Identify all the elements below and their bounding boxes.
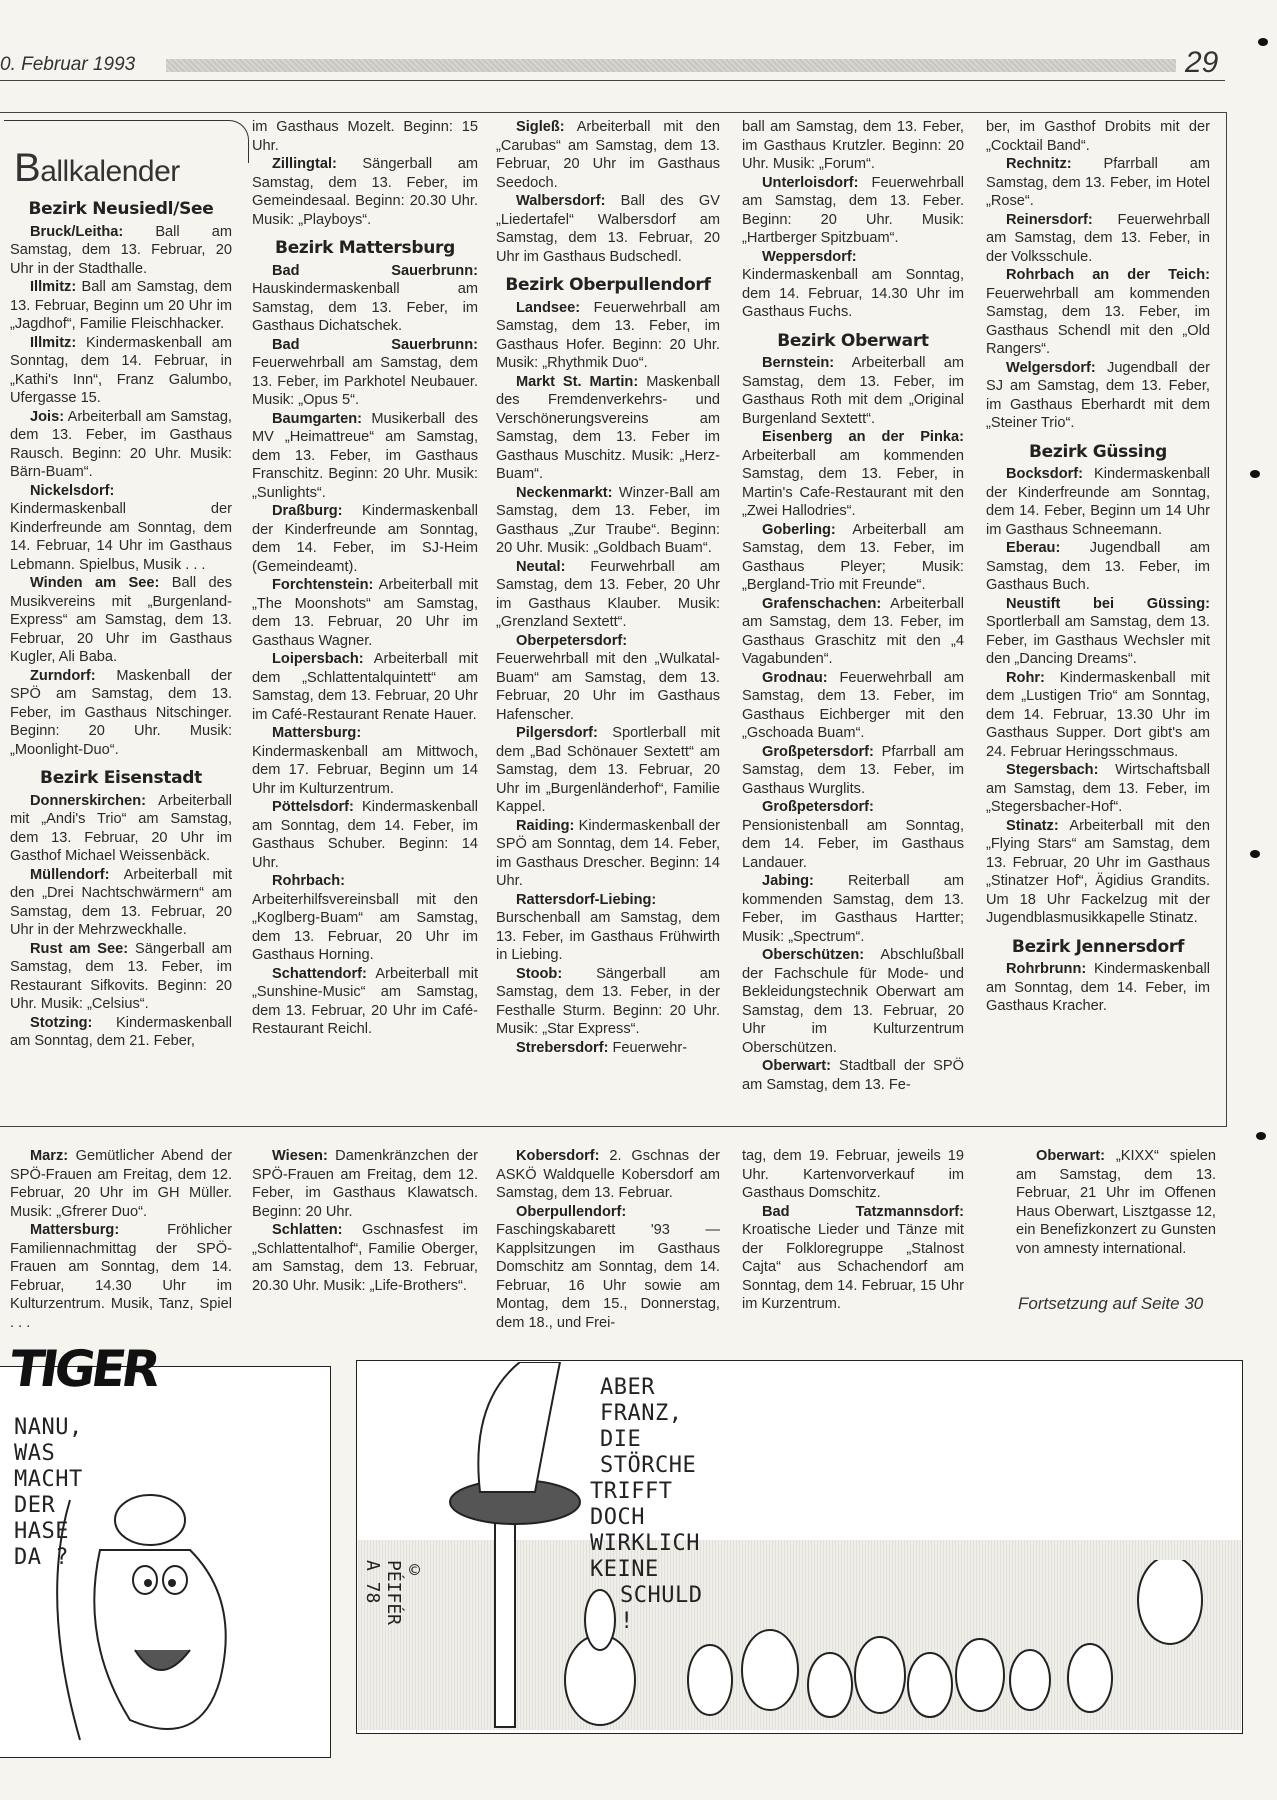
event-entry: Mattersburg: Kindermaskenball am Mittwoc… [252, 724, 478, 798]
event-entry: Nickelsdorf: Kindermaskenball der Kinder… [10, 482, 232, 575]
event-place: Mattersburg: [272, 725, 361, 741]
district-heading: Bezirk Oberpullendorf [496, 276, 720, 295]
event-place: Eisenberg an der Pinka: [762, 429, 964, 445]
event-place: Raiding: [516, 818, 574, 834]
column-2: im Gasthaus Mozelt. Beginn: 15 Uhr.Zilli… [252, 118, 478, 1039]
event-place: Rattersdorf-Liebing: [516, 892, 656, 908]
event-place: Schattendorf: [272, 966, 367, 982]
event-entry: Walbersdorf: Ball des GV „Liedertafel“ W… [496, 192, 720, 266]
event-entry: Landsee: Feuerwehrball am Samstag, dem 1… [496, 299, 720, 373]
event-place: Landsee: [516, 300, 580, 316]
event-entry: Goberling: Arbeiterball am Samstag, dem … [742, 521, 964, 595]
event-entry: Winden am See: Ball des Musikvereins mit… [10, 574, 232, 667]
event-entry: Neustift bei Güssing: Sportlerball am Sa… [986, 595, 1210, 669]
event-place: Großpetersdorf: [762, 799, 874, 815]
speech-line: ABER FRANZ, DIE STÖRCHE [600, 1375, 702, 1479]
event-place: Grodnau: [762, 670, 828, 686]
event-entry: Loipersbach: Arbeiterball mit dem „Schla… [252, 650, 478, 724]
event-place: Grafenschachen: [762, 596, 881, 612]
scan-speck [1258, 38, 1268, 46]
event-place: Goberling: [762, 522, 836, 538]
event-entry: ber, im Gasthof Drobits mit der „Cocktai… [986, 118, 1210, 155]
event-place: Baumgarten: [272, 411, 362, 427]
event-entry: Unterloisdorf: Feuerwehrball am Samstag,… [742, 174, 964, 248]
event-entry: Grafenschachen: Arbeiterball am Samstag,… [742, 595, 964, 669]
event-entry: Großpetersdorf: Pensionistenball am Sonn… [742, 798, 964, 872]
event-entry: Stegersbach: Wirtschaftsball am Samstag,… [986, 761, 1210, 817]
event-entry: Bad Sauerbrunn: Feuerwehrball am Samstag… [252, 336, 478, 410]
event-entry: Raiding: Kindermaskenball der SPÖ am Son… [496, 817, 720, 891]
event-entry: Oberwart: Stadtball der SPÖ am Samstag, … [742, 1057, 964, 1094]
event-entry: Neckenmarkt: Winzer-Ball am Samstag, dem… [496, 484, 720, 558]
event-entry: Neutal: Feurwehrball am Samstag, dem 13.… [496, 558, 720, 632]
event-entry: Mattersburg: Fröhlicher Familiennachmitt… [10, 1221, 232, 1332]
event-place: Mattersburg: [30, 1222, 119, 1238]
event-entry: Weppersdorf: Kindermaskenball am Sonntag… [742, 248, 964, 322]
event-entry: ball am Samstag, dem 13. Feber, im Gasth… [742, 118, 964, 174]
event-entry: Rattersdorf-Liebing: Burschenball am Sam… [496, 891, 720, 965]
event-entry: Markt St. Martin: Maskenball des Fremden… [496, 373, 720, 484]
event-place: Donnerskirchen: [30, 793, 146, 809]
section-title-text: Ballkalender [14, 146, 180, 191]
event-entry: Rohrbrunn: Kindermaskenball am Sonntag, … [986, 960, 1210, 1016]
event-entry: Bruck/Leitha: Ball am Samstag, dem 13. F… [10, 223, 232, 279]
event-place: Großpetersdorf: [762, 744, 874, 760]
event-entry: Rust am See: Sängerball am Samstag, dem … [10, 940, 232, 1014]
event-place: Kobersdorf: [516, 1148, 600, 1164]
event-entry: Forchtenstein: Arbeiterball mit „The Moo… [252, 576, 478, 650]
event-entry: Großpetersdorf: Pfarrball am Samstag, de… [742, 743, 964, 799]
event-place: Rohrbach: [272, 873, 345, 889]
event-entry: Müllendorf: Arbeiterball mit den „Drei N… [10, 866, 232, 940]
event-entry: Oberpetersdorf: Feuerwehrball mit den „W… [496, 632, 720, 725]
district-heading: Bezirk Oberwart [742, 332, 964, 351]
scan-speck [1250, 470, 1260, 478]
column-1: Bezirk Neusiedl/SeeBruck/Leitha: Ball am… [10, 190, 232, 1051]
column-5: ber, im Gasthof Drobits mit der „Cocktai… [986, 118, 1210, 1016]
event-place: Rohr: [1006, 670, 1045, 686]
event-entry: Bad Tatzmannsdorf: Kroatische Lieder und… [742, 1203, 964, 1314]
event-entry: Rohrbach: Arbeiterhilfsvereinsball mit d… [252, 872, 478, 965]
event-place: Marz: [30, 1148, 68, 1164]
event-place: Weppersdorf: [762, 249, 857, 265]
scan-speck [1250, 850, 1260, 858]
event-place: Bad Tatzmannsdorf: [762, 1204, 964, 1220]
event-place: Draßburg: [272, 503, 343, 519]
event-place: Oberpullendorf: [516, 1204, 626, 1220]
rabbit-face-icon [40, 1480, 240, 1750]
event-entry: Zurndorf: Maskenball der SPÖ am Samstag,… [10, 667, 232, 760]
event-entry: Oberschützen: Abschlußball der Fachschul… [742, 946, 964, 1057]
event-place: Winden am See: [30, 575, 159, 591]
event-place: Strebersdorf: [516, 1040, 608, 1056]
event-place: Rohrbrunn: [1006, 961, 1086, 977]
event-place: Bocksdorf: [1006, 466, 1083, 482]
event-place: Illmitz: [30, 335, 76, 351]
event-entry: Grodnau: Feuerwehrball am Samstag, dem 1… [742, 669, 964, 743]
event-place: Sigleß: [516, 119, 565, 135]
event-entry: Oberwart: „KIXX“ spielen am Samstag, dem… [1016, 1147, 1216, 1258]
event-entry: Stotzing: Kindermaskenball am Sonntag, d… [10, 1014, 232, 1051]
event-place: Unterloisdorf: [762, 175, 858, 191]
event-entry: Marz: Gemütlicher Abend der SPÖ-Frauen a… [10, 1147, 232, 1221]
event-entry: Welgersdorf: Jugendball der SJ am Samsta… [986, 359, 1210, 433]
event-place: Pöttelsdorf: [272, 799, 354, 815]
column-4: ball am Samstag, dem 13. Feber, im Gasth… [742, 118, 964, 1094]
event-entry: Rechnitz: Pfarrball am Samstag, dem 13. … [986, 155, 1210, 211]
event-entry: Stinatz: Arbeiterball mit den „Flying St… [986, 817, 1210, 928]
event-entry: Illmitz: Kindermaskenball am Sonntag, de… [10, 334, 232, 408]
page-number: 29 [1185, 46, 1218, 80]
district-heading: Bezirk Jennersdorf [986, 938, 1210, 957]
event-entry: Eberau: Jugendball am Samstag, dem 13. F… [986, 539, 1210, 595]
event-entry: im Gasthaus Mozelt. Beginn: 15 Uhr. [252, 118, 478, 155]
title-rest: allkalender [40, 155, 180, 188]
event-entry: Bad Sauerbrunn: Hauskindermaskenball am … [252, 262, 478, 336]
title-initial: B [14, 146, 40, 190]
page-header: 0. Februar 1993 29 [0, 50, 1225, 80]
event-place: Müllendorf: [30, 867, 109, 883]
event-entry: Rohrbach an der Teich: Feuerwehrball am … [986, 266, 1210, 359]
event-place: Neustift bei Güssing: [1006, 596, 1210, 612]
event-place: Markt St. Martin: [516, 374, 638, 390]
event-entry: Baumgarten: Musikerball des MV „Heimattr… [252, 410, 478, 503]
issue-date: 0. Februar 1993 [0, 54, 135, 76]
event-place: Stoob: [516, 966, 562, 982]
district-heading: Bezirk Mattersburg [252, 239, 478, 258]
event-entry: Illmitz: Ball am Samstag, dem 13. Februa… [10, 278, 232, 334]
event-entry: Bernstein: Arbeiterball am Samstag, dem … [742, 354, 964, 428]
header-bar [166, 59, 1176, 72]
column-3: Sigleß: Arbeiterball mit den „Carubas“ a… [496, 118, 720, 1057]
event-entry: Pöttelsdorf: Kindermaskenball am Sonntag… [252, 798, 478, 872]
event-entry: Zillingtal: Sängerball am Samstag, dem 1… [252, 155, 478, 229]
event-entry: Bocksdorf: Kindermaskenball der Kinderfr… [986, 465, 1210, 539]
event-place: Forchtenstein: [272, 577, 373, 593]
event-entry: Reinersdorf: Feuerwehrball am Samstag, d… [986, 211, 1210, 267]
event-place: Oberwart: [762, 1058, 831, 1074]
event-place: Oberschützen: [762, 947, 864, 963]
event-place: Bad Sauerbrunn: [272, 263, 478, 279]
event-place: Bernstein: [762, 355, 834, 371]
event-place: Neutal: [516, 559, 565, 575]
event-place: Oberwart: [1036, 1148, 1105, 1164]
event-entry: Schattendorf: Arbeiterball mit „Sunshine… [252, 965, 478, 1039]
event-entry: Strebersdorf: Feuerwehr- [496, 1039, 720, 1058]
bottom-column-4: tag, dem 19. Februar, jeweils 19 Uhr. Ka… [742, 1147, 964, 1314]
header-rule [0, 80, 1225, 81]
event-place: Schlatten: [272, 1222, 343, 1238]
district-heading: Bezirk Eisenstadt [10, 769, 232, 788]
event-place: Bad Sauerbrunn: [272, 337, 478, 353]
scan-speck [1256, 1132, 1266, 1140]
event-entry: Jabing: Reiterball am kommenden Samstag,… [742, 872, 964, 946]
event-entry: Eisenberg an der Pinka: Arbeiterball am … [742, 428, 964, 521]
bottom-column-3: Kobersdorf: 2. Gschnas der ASKÖ Waldquel… [496, 1147, 720, 1332]
bottom-column-1: Marz: Gemütlicher Abend der SPÖ-Frauen a… [10, 1147, 232, 1332]
event-entry: Sigleß: Arbeiterball mit den „Carubas“ a… [496, 118, 720, 192]
event-place: Zillingtal: [272, 156, 337, 172]
event-place: Pilgersdorf: [516, 725, 598, 741]
event-place: Loipersbach: [272, 651, 364, 667]
event-place: Bruck/Leitha: [30, 224, 123, 240]
tiger-logo: TIGER [6, 1340, 161, 1398]
event-place: Walbersdorf: [516, 193, 605, 209]
event-entry: Pilgersdorf: Sportlerball mit dem „Bad S… [496, 724, 720, 817]
bottom-column-5: Oberwart: „KIXX“ spielen am Samstag, dem… [1016, 1147, 1216, 1258]
district-heading: Bezirk Güssing [986, 443, 1210, 462]
event-entry: Draßburg: Kindermaskenball der Kinderfre… [252, 502, 478, 576]
event-place: Jabing: [762, 873, 814, 889]
event-entry: tag, dem 19. Februar, jeweils 19 Uhr. Ka… [742, 1147, 964, 1203]
event-place: Rechnitz: [1006, 156, 1072, 172]
event-entry: Stoob: Sängerball am Samstag, dem 13. Fe… [496, 965, 720, 1039]
event-entry: Schlatten: Gschnasfest im „Schlattentalh… [252, 1221, 478, 1295]
event-place: Stegersbach: [1006, 762, 1098, 778]
section-title: Ballkalender [4, 120, 244, 180]
event-place: Nickelsdorf: [30, 483, 114, 499]
event-place: Stotzing: [30, 1015, 92, 1031]
bunny-crowd-icon [560, 1560, 1220, 1730]
event-place: Welgersdorf: [1006, 360, 1096, 376]
event-entry: Donnerskirchen: Arbeiterball mit „Andi's… [10, 792, 232, 866]
event-place: Illmitz: [30, 279, 76, 295]
event-entry: Kobersdorf: 2. Gschnas der ASKÖ Waldquel… [496, 1147, 720, 1203]
event-place: Stinatz: [1006, 818, 1059, 834]
bottom-column-2: Wiesen: Damenkränzchen der SPÖ-Frauen am… [252, 1147, 478, 1295]
event-place: Oberpetersdorf: [516, 633, 627, 649]
event-entry: Oberpullendorf: Faschingskabarett '93 — … [496, 1203, 720, 1333]
event-place: Neckenmarkt: [516, 485, 613, 501]
event-place: Eberau: [1006, 540, 1060, 556]
event-entry: Rohr: Kindermaskenball mit dem „Lustigen… [986, 669, 1210, 762]
event-place: Reinersdorf: [1006, 212, 1093, 228]
event-place: Rust am See: [30, 941, 128, 957]
event-place: Rohrbach an der Teich: [1006, 267, 1210, 283]
event-place: Jois: [30, 409, 64, 425]
event-entry: Wiesen: Damenkränzchen der SPÖ-Frauen am… [252, 1147, 478, 1221]
continuation-note: Fortsetzung auf Seite 30 [1018, 1294, 1203, 1314]
event-place: Zurndorf: [30, 668, 96, 684]
district-heading: Bezirk Neusiedl/See [10, 200, 232, 219]
event-entry: Jois: Arbeiterball am Samstag, dem 13. F… [10, 408, 232, 482]
event-place: Wiesen: [272, 1148, 328, 1164]
comic-copyright: © PÉIFÉR A 78 [362, 1560, 425, 1625]
